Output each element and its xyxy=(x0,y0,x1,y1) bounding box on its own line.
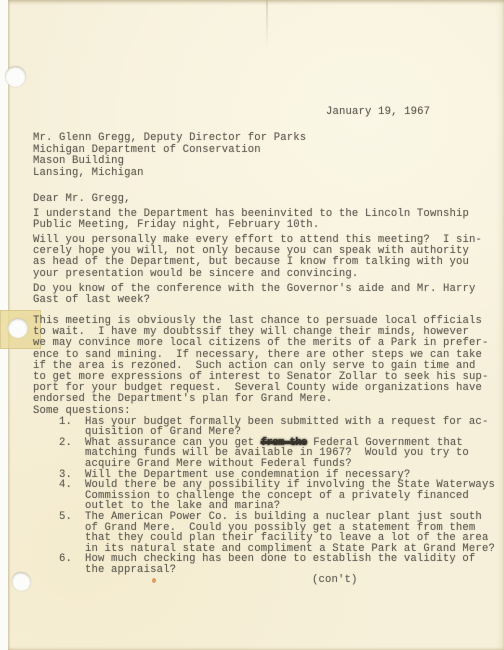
question-number: 4. xyxy=(59,480,85,491)
question-text: How much checking has been done to estab… xyxy=(85,554,498,575)
body-paragraph-3: Do you know of the conference with the G… xyxy=(33,284,495,306)
paper-speck xyxy=(152,578,156,583)
question-line: The American Power Co. is building a nuc… xyxy=(85,512,498,523)
punch-hole-middle xyxy=(8,318,28,338)
punch-hole-bottom xyxy=(12,572,31,591)
question-item: 1.Has your budget formally been submitte… xyxy=(33,417,498,438)
questions-section: Some questions: 1.Has your budget formal… xyxy=(33,406,498,576)
question-item: 5.The American Power Co. is building a n… xyxy=(33,512,498,554)
question-item: 4.Would there be any possibility if invo… xyxy=(33,480,498,512)
salutation: Dear Mr. Gregg, xyxy=(33,193,131,205)
question-number: 6. xyxy=(59,554,85,565)
question-number: 1. xyxy=(59,417,85,428)
question-item: 6.How much checking has been done to est… xyxy=(33,554,498,575)
question-text: Has your budget formally been submitted … xyxy=(85,417,498,438)
question-line: acquire Grand Mere without Federal funds… xyxy=(85,459,498,470)
letter-date: January 19, 1967 xyxy=(326,106,430,118)
body-paragraph-2: Will you personally make every effort to… xyxy=(33,235,495,280)
question-text: The American Power Co. is building a nuc… xyxy=(85,512,498,554)
continuation-note: (con't) xyxy=(312,574,358,586)
letter-page: January 19, 1967 Mr. Glenn Gregg, Deputy… xyxy=(8,0,504,650)
question-text: What assurance can you get from the Fede… xyxy=(85,438,498,470)
question-number: 5. xyxy=(59,512,85,523)
recipient-address: Mr. Glenn Gregg, Deputy Director for Par… xyxy=(33,133,306,179)
paper-crease xyxy=(266,0,268,48)
body-paragraph-4: This meeting is obviously the last chanc… xyxy=(33,316,495,406)
body-paragraph-1: I understand the Department has beeninvi… xyxy=(33,209,495,231)
address-line: Mr. Glenn Gregg, Deputy Director for Par… xyxy=(33,133,306,145)
punch-hole-top xyxy=(5,66,26,87)
address-line: Lansing, Michigan xyxy=(33,168,306,180)
questions-heading: Some questions: xyxy=(33,406,498,417)
question-text: Would there be any possibility if involv… xyxy=(85,480,498,512)
question-line: the appraisal? xyxy=(85,565,498,576)
questions-list: 1.Has your budget formally been submitte… xyxy=(33,417,498,576)
question-number: 2. xyxy=(59,438,85,449)
question-item: 2.What assurance can you get from the Fe… xyxy=(33,438,498,470)
